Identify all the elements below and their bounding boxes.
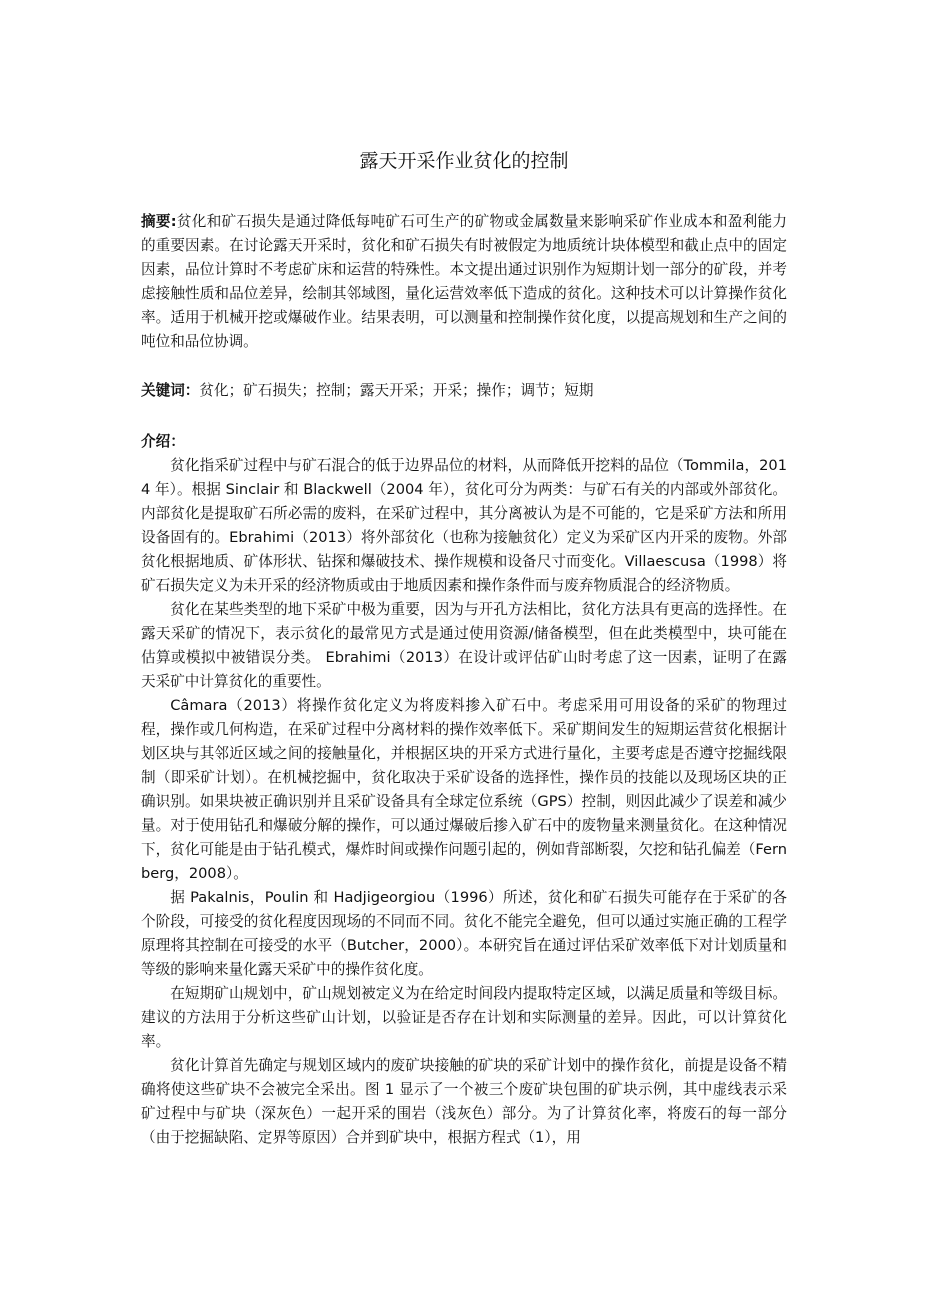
intro-paragraph-6: 贫化计算首先确定与规划区域内的废矿块接触的矿块的采矿计划中的操作贫化，前提是设备… [141,1054,787,1150]
intro-heading: 介绍： [141,430,787,454]
abstract-label: 摘要: [141,213,177,230]
intro-paragraph-2: 贫化在某些类型的地下采矿中极为重要，因为与开孔方法相比，贫化方法具有更高的选择性… [141,598,787,694]
intro-paragraph-5: 在短期矿山规划中，矿山规划被定义为在给定时间段内提取特定区域，以满足质量和等级目… [141,982,787,1054]
keywords-section: 关键词：贫化；矿石损失；控制；露天开采；开采；操作；调节；短期 [141,379,787,403]
keywords-label: 关键词： [141,382,199,399]
intro-paragraph-3: Câmara（2013）将操作贫化定义为将废料掺入矿石中。考虑采用可用设备的采矿… [141,694,787,886]
intro-paragraph-1: 贫化指采矿过程中与矿石混合的低于边界品位的材料，从而降低开挖料的品位（Tommi… [141,454,787,598]
keywords-text: 贫化；矿石损失；控制；露天开采；开采；操作；调节；短期 [199,382,593,399]
abstract-text: 贫化和矿石损失是通过降低每吨矿石可生产的矿物或金属数量来影响采矿作业成本和盈利能… [141,213,787,350]
intro-body: 贫化指采矿过程中与矿石混合的低于边界品位的材料，从而降低开挖料的品位（Tommi… [141,454,787,1150]
abstract-section: 摘要:贫化和矿石损失是通过降低每吨矿石可生产的矿物或金属数量来影响采矿作业成本和… [141,210,787,354]
intro-paragraph-4: 据 Pakalnis，Poulin 和 Hadjigeorgiou（1996）所… [141,886,787,982]
paper-title: 露天开采作业贫化的控制 [141,148,787,174]
